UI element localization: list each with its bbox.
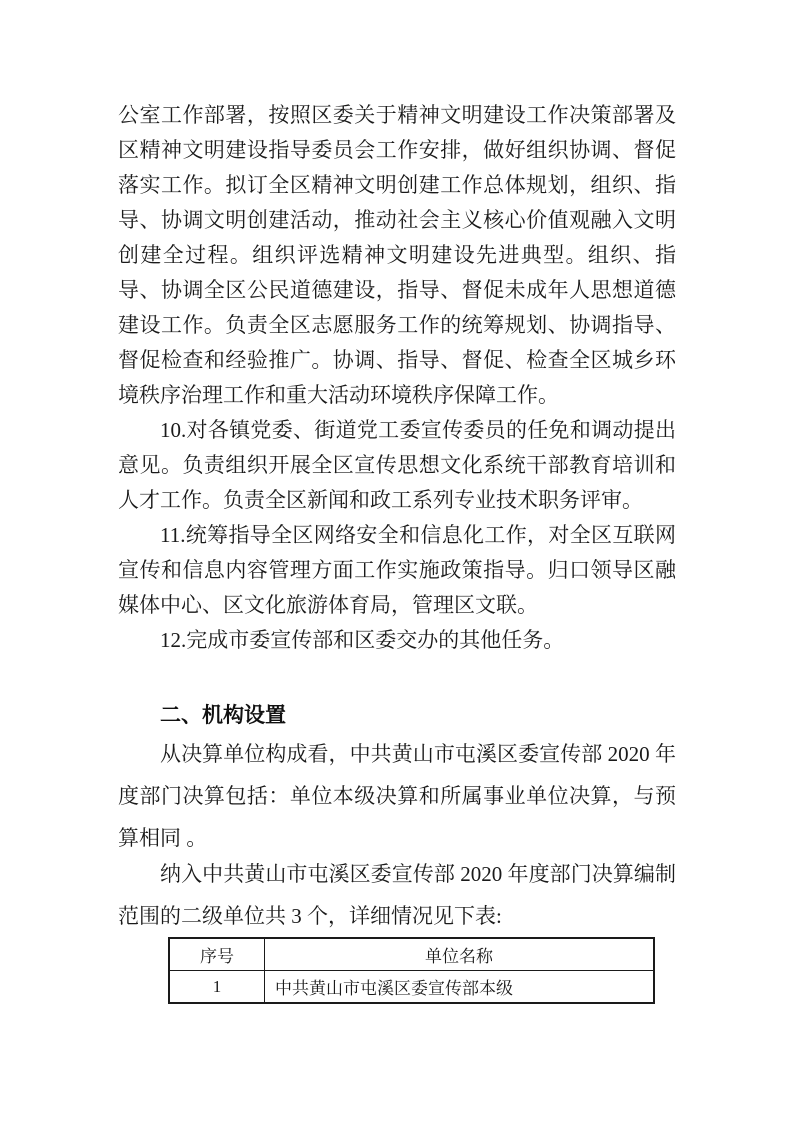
section-heading-organization-setup: 二、机构设置: [118, 698, 676, 733]
duties-paragraph-12: 12.完成市委宣传部和区委交办的其他任务。: [118, 623, 676, 658]
units-table: 序号 单位名称 1 中共黄山市屯溪区委宣传部本级: [168, 937, 655, 1004]
duties-paragraph-11: 11.统筹指导全区网络安全和信息化工作，对全区互联网宣传和信息内容管理方面工作实…: [118, 518, 676, 623]
units-table-cell-serial-1: 1: [169, 971, 265, 1004]
duties-paragraph-continuation: 公室工作部署，按照区委关于精神文明建设工作决策部署及区精神文明建设指导委员会工作…: [118, 98, 676, 413]
units-table-row-1: 1 中共黄山市屯溪区委宣传部本级: [169, 971, 654, 1004]
section-paragraph-secondary-units: 纳入中共黄山市屯溪区委宣传部 2020 年度部门决算编制范围的二级单位共 3 个…: [118, 853, 676, 937]
units-table-header-serial: 序号: [169, 938, 265, 971]
units-table-header-unit-name: 单位名称: [265, 938, 655, 971]
duties-paragraph-10: 10.对各镇党委、街道党工委宣传委员的任免和调动提出意见。负责组织开展全区宣传思…: [118, 413, 676, 518]
units-table-header-row: 序号 单位名称: [169, 938, 654, 971]
units-table-cell-unit-name-1: 中共黄山市屯溪区委宣传部本级: [265, 971, 655, 1004]
document-content: 公室工作部署，按照区委关于精神文明建设工作决策部署及区精神文明建设指导委员会工作…: [118, 98, 676, 1004]
section-paragraph-budget-units: 从决算单位构成看，中共黄山市屯溪区委宣传部 2020 年度部门决算包括：单位本级…: [118, 733, 676, 859]
document-page: 公室工作部署，按照区委关于精神文明建设工作决策部署及区精神文明建设指导委员会工作…: [0, 0, 793, 1122]
